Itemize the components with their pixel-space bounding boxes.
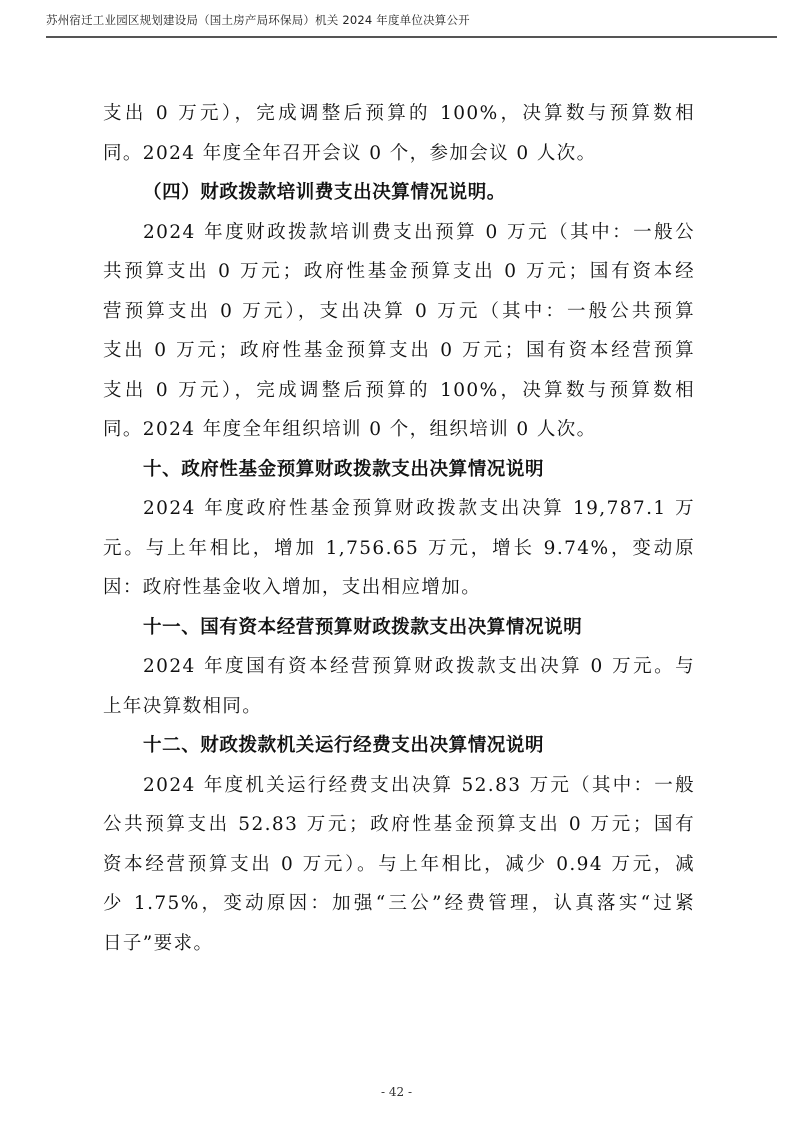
paragraph-line: 元。与上年相比，增加 1,756.65 万元，增长 9.74%，变动原 [103,529,695,569]
page-number: - 42 - [0,1085,793,1099]
paragraph-line: 资本经营预算支出 0 万元）。与上年相比，减少 0.94 万元，减 [103,845,695,885]
paragraph-line: 上年决算数相同。 [103,687,695,727]
section-heading-state-capital: 十一、国有资本经营预算财政拨款支出决算情况说明 [103,608,695,648]
section-heading-government-fund: 十、政府性基金预算财政拨款支出决算情况说明 [103,450,695,490]
paragraph-line: 日子”要求。 [103,924,695,964]
paragraph-line: 因：政府性基金收入增加，支出相应增加。 [103,568,695,608]
paragraph-line: 支出 0 万元；政府性基金预算支出 0 万元；国有资本经营预算 [103,331,695,371]
paragraph-line: 共预算支出 0 万元；政府性基金预算支出 0 万元；国有资本经 [103,252,695,292]
paragraph-line: 营预算支出 0 万元），支出决算 0 万元（其中：一般公共预算 [103,292,695,332]
header-divider [46,36,777,38]
running-header: 苏州宿迁工业园区规划建设局（国土房产局环保局）机关 2024 年度单位决算公开 [46,12,470,28]
paragraph-line: 少 1.75%，变动原因：加强“三公”经费管理，认真落实“过紧 [103,884,695,924]
paragraph-line: 同。2024 年度全年组织培训 0 个，组织培训 0 人次。 [103,410,695,450]
paragraph-line: 支出 0 万元），完成调整后预算的 100%，决算数与预算数相 [103,94,695,134]
paragraph-line: 2024 年度机关运行经费支出决算 52.83 万元（其中：一般 [103,766,695,806]
paragraph-line: 同。2024 年度全年召开会议 0 个，参加会议 0 人次。 [103,134,695,174]
paragraph-line: 2024 年度财政拨款培训费支出预算 0 万元（其中：一般公 [103,213,695,253]
section-heading-training-fee: （四）财政拨款培训费支出决算情况说明。 [103,173,695,213]
paragraph-line: 2024 年度国有资本经营预算财政拨款支出决算 0 万元。与 [103,647,695,687]
paragraph-line: 公共预算支出 52.83 万元；政府性基金预算支出 0 万元；国有 [103,805,695,845]
section-heading-operating-expenses: 十二、财政拨款机关运行经费支出决算情况说明 [103,726,695,766]
paragraph-line: 支出 0 万元），完成调整后预算的 100%，决算数与预算数相 [103,371,695,411]
document-body: 支出 0 万元），完成调整后预算的 100%，决算数与预算数相 同。2024 年… [103,94,695,963]
paragraph-line: 2024 年度政府性基金预算财政拨款支出决算 19,787.1 万 [103,489,695,529]
